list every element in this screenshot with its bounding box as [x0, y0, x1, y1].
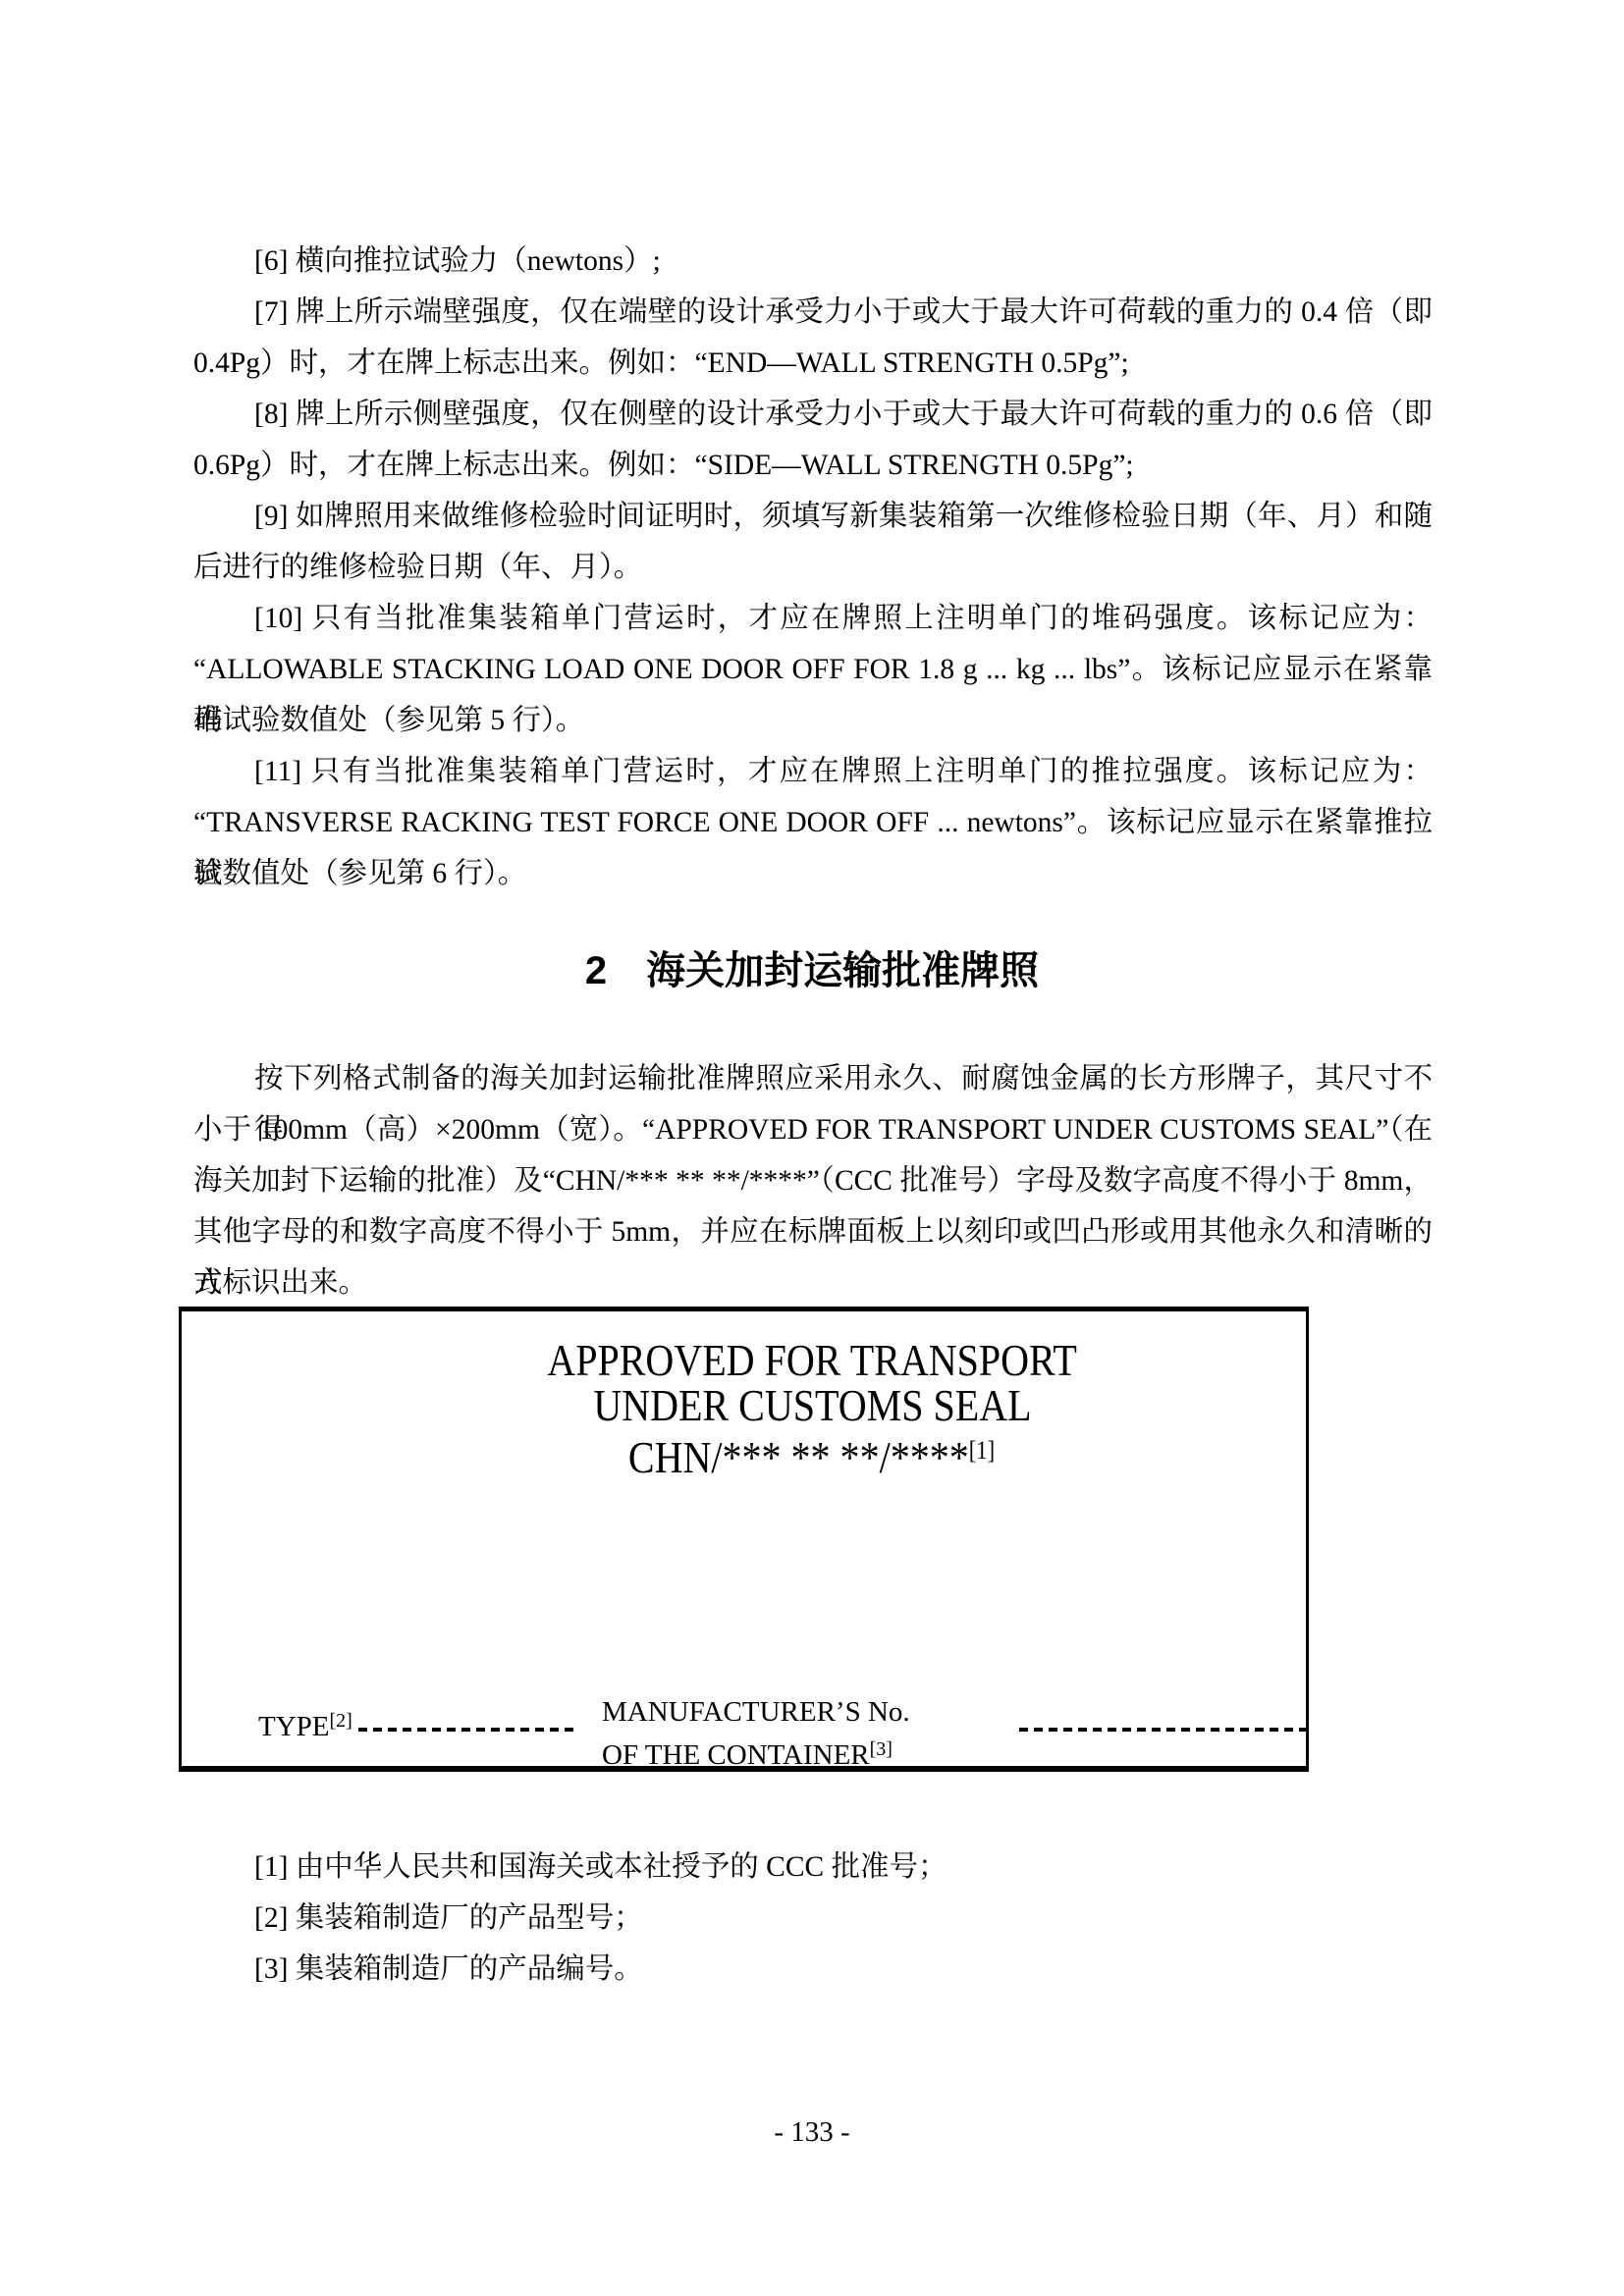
body-line: [7] 牌上所示端壁强度，仅在端壁的设计承受力小于或大于最大许可荷载的重力的 0… — [193, 287, 1433, 338]
paragraph-line: 按下列格式制备的海关加封运输批准牌照应采用永久、耐腐蚀金属的长方形牌子，其尺寸不… — [193, 1053, 1433, 1104]
manufacturer-superscript: [3] — [870, 1738, 893, 1760]
body-line: [8] 牌上所示侧壁强度，仅在侧壁的设计承受力小于或大于最大许可荷载的重力的 0… — [193, 389, 1433, 440]
notes-section: [6] 横向推拉试验力（newtons）; [7] 牌上所示端壁强度，仅在端壁的… — [193, 236, 1433, 899]
body-line: “ALLOWABLE STACKING LOAD ONE DOOR OFF FO… — [193, 644, 1433, 695]
section-heading: 2 海关加封运输批准牌照 — [0, 935, 1624, 1006]
body-line: 后进行的维修检验日期（年、月）。 — [193, 542, 1433, 593]
manufacturer-label-line-2: OF THE CONTAINER[3] — [602, 1731, 910, 1774]
footnotes-section: [1] 由中华人民共和国海关或本社授予的 CCC 批准号； [2] 集装箱制造厂… — [193, 1842, 1433, 1995]
body-line: 0.6Pg）时，才在牌上标志出来。例如：“SIDE—WALL STRENGTH … — [193, 440, 1433, 491]
manufacturer-number-label: MANUFACTURER’S No. OF THE CONTAINER[3] — [602, 1693, 910, 1774]
body-line: 验数值处（参见第 6 行）。 — [193, 848, 1433, 899]
type-superscript: [2] — [330, 1710, 352, 1732]
footnote-line: [2] 集装箱制造厂的产品型号； — [193, 1893, 1433, 1944]
body-line: [10] 只有当批准集装箱单门营运时，才应在牌照上注明单门的堆码强度。该标记应为… — [193, 593, 1433, 644]
plate-approval-code: CHN/*** ** **/****[1] — [179, 1428, 1445, 1473]
container-number-fill-in-line — [1019, 1728, 1306, 1732]
paragraph-line: 式标识出来。 — [193, 1257, 1433, 1308]
paragraph-line: 小于 100mm（高）×200mm（宽）。“APPROVED FOR TRANS… — [193, 1104, 1433, 1155]
body-line: 0.4Pg）时，才在牌上标志出来。例如：“END—WALL STRENGTH 0… — [193, 338, 1433, 389]
plate-title-line-1: APPROVED FOR TRANSPORT — [179, 1338, 1445, 1383]
paragraph-line: 其他字母的和数字高度不得小于 5mm，并应在标牌面板上以刻印或凹凸形或用其他永久… — [193, 1206, 1433, 1257]
document-page: [6] 横向推拉试验力（newtons）; [7] 牌上所示端壁强度，仅在端壁的… — [0, 0, 1624, 2296]
plate-title: APPROVED FOR TRANSPORT UNDER CUSTOMS SEA… — [179, 1338, 1445, 1473]
body-line: [11] 只有当批准集装箱单门营运时，才应在牌照上注明单门的推拉强度。该标记应为… — [193, 746, 1433, 797]
type-label: TYPE[2] — [258, 1705, 352, 1742]
footnote-line: [3] 集装箱制造厂的产品编号。 — [193, 1944, 1433, 1995]
body-line: 码试验数值处（参见第 5 行）。 — [193, 695, 1433, 746]
page-number: - 133 - — [0, 2110, 1624, 2154]
footnote-line: [1] 由中华人民共和国海关或本社授予的 CCC 批准号； — [193, 1842, 1433, 1893]
customs-seal-paragraph: 按下列格式制备的海关加封运输批准牌照应采用永久、耐腐蚀金属的长方形牌子，其尺寸不… — [193, 1053, 1433, 1308]
approval-code-superscript: [1] — [969, 1436, 995, 1465]
body-line: “TRANSVERSE RACKING TEST FORCE ONE DOOR … — [193, 797, 1433, 848]
type-fill-in-line — [358, 1728, 574, 1732]
body-line: [6] 横向推拉试验力（newtons）; — [193, 236, 1433, 287]
paragraph-line: 海关加封下运输的批准）及“CHN/*** ** **/****”（CCC 批准号… — [193, 1155, 1433, 1206]
body-line: [9] 如牌照用来做维修检验时间证明时，须填写新集装箱第一次维修检验日期（年、月… — [193, 491, 1433, 542]
manufacturer-label-line-1: MANUFACTURER’S No. — [602, 1693, 910, 1731]
plate-title-line-2: UNDER CUSTOMS SEAL — [179, 1383, 1445, 1428]
